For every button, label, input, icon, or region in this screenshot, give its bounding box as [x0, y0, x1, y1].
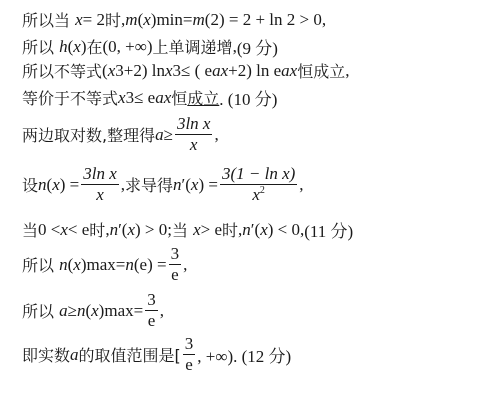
text: ′(	[251, 220, 260, 240]
var: n	[110, 220, 119, 240]
denominator: x	[190, 135, 198, 155]
text: 恒成立	[297, 59, 345, 82]
var: x	[260, 220, 268, 240]
text: (2) = 2 + ln 2 > 0	[205, 10, 322, 30]
var: h	[59, 37, 68, 57]
text: 成立	[187, 86, 219, 109]
text: 不等式	[54, 59, 102, 82]
text: 所以	[22, 59, 54, 82]
line-10: 即实数 a 的取值范围是[ 3e, +∞). (12 分)	[22, 334, 291, 375]
text: = 2	[83, 10, 105, 30]
text: ) > 0;	[135, 220, 172, 240]
line-7: 当 0 < x < e 时,n′(x) > 0;当 x > e 时,n′(x) …	[22, 217, 353, 242]
var: x	[52, 175, 60, 195]
fraction: 3ln xx	[175, 114, 213, 155]
text: 即实数	[22, 343, 70, 366]
text: 等价于不等式	[22, 86, 118, 109]
numerator: 3	[169, 244, 182, 265]
text: 两边取对数,整理得	[22, 123, 155, 146]
text: 上单调递增	[153, 35, 233, 58]
text: =	[116, 255, 126, 275]
text: ≥	[68, 301, 77, 321]
text: 的取值范围是[	[79, 343, 181, 366]
var: x	[118, 88, 126, 108]
numerator: 3	[145, 290, 158, 311]
denominator: x	[96, 185, 104, 205]
text: 所以	[22, 8, 54, 31]
score: . (10 分)	[219, 85, 277, 110]
numerator: 3ln x	[81, 164, 119, 185]
text: 所以	[22, 35, 54, 58]
var: x	[73, 255, 81, 275]
text: ≥	[164, 125, 173, 145]
text: ) < 0	[268, 220, 300, 240]
text: 在	[87, 35, 103, 58]
var: n	[242, 220, 251, 240]
text: 当	[172, 218, 188, 241]
var: x	[60, 220, 68, 240]
line-6: 设 n(x) = 3ln xx,求导得 n′(x) = 3(1 − ln x)x…	[22, 164, 304, 205]
text: ,	[183, 255, 187, 275]
text: ≤ e	[134, 88, 155, 108]
fraction: 3ln xx	[81, 164, 119, 205]
var: x	[91, 301, 99, 321]
text: 所以	[22, 253, 54, 276]
line-5: 两边取对数,整理得 a ≥ 3ln xx,	[22, 114, 219, 155]
superscript: 2	[260, 185, 265, 196]
var: a	[59, 301, 68, 321]
var: m	[125, 10, 137, 30]
numerator: 3ln x	[175, 114, 213, 135]
text: > e	[201, 220, 222, 240]
var: x	[191, 175, 199, 195]
text: ,	[160, 301, 164, 321]
text: 求导得	[125, 173, 173, 196]
denominator: x2	[252, 185, 265, 205]
text: < e	[68, 220, 89, 240]
text: 当	[22, 218, 38, 241]
var: x	[73, 37, 81, 57]
text: )	[81, 255, 87, 275]
text: 所以	[22, 299, 54, 322]
text: 恒	[171, 86, 187, 109]
text: +2) ln e	[228, 61, 281, 81]
var: n	[59, 255, 68, 275]
var: n	[77, 301, 86, 321]
text: 时	[105, 8, 121, 31]
numerator: 3	[183, 334, 196, 355]
var: a	[155, 125, 164, 145]
text: =	[183, 10, 193, 30]
text: 当	[54, 8, 70, 31]
fraction: 3e	[145, 290, 158, 331]
fraction: 3e	[169, 244, 182, 285]
line-2: 所以 h(x)在(0, +∞)上单调递增,(9 分)	[22, 34, 278, 59]
var: n	[38, 175, 47, 195]
denominator: e	[148, 311, 156, 331]
text: 设	[22, 173, 38, 196]
score: (11 分)	[304, 217, 353, 242]
text: , +∞). (12 分)	[197, 342, 291, 367]
line-1: 所以当 x = 2 时,m (x)min = m(2) = 2 + ln 2 >…	[22, 8, 326, 31]
text: ) =	[60, 175, 80, 195]
text: +2) ln	[124, 61, 165, 81]
text: 时	[222, 218, 238, 241]
text: ≤ ( e	[181, 61, 212, 81]
text: ,	[299, 175, 303, 195]
numerator: 3(1 − ln x)	[220, 164, 297, 185]
var: x	[75, 10, 83, 30]
denominator: e	[171, 265, 179, 285]
text: =	[134, 301, 144, 321]
var: n	[125, 255, 134, 275]
text: ,	[322, 10, 326, 30]
var: x	[165, 61, 173, 81]
denominator: e	[185, 355, 193, 375]
text: ) =	[198, 175, 218, 195]
text: ′(	[182, 175, 191, 195]
fraction: 3e	[183, 334, 196, 375]
line-3: 所以不等式(x3 +2) ln x3 ≤ ( eax +2) ln eax恒成立…	[22, 59, 349, 82]
var: a	[70, 345, 79, 365]
text: ,	[345, 61, 349, 81]
var: x	[143, 10, 151, 30]
line-9: 所以 a ≥ n(x)max = 3e,	[22, 290, 164, 331]
var: x	[127, 220, 135, 240]
line-4: 等价于不等式 x3 ≤ eax恒成立. (10 分)	[22, 85, 277, 110]
fraction: 3(1 − ln x)x2	[220, 164, 297, 205]
var: x	[108, 61, 116, 81]
text: (e) =	[134, 255, 167, 275]
var: x	[252, 185, 260, 204]
line-8: 所以 n(x)max = n(e) = 3e,	[22, 244, 187, 285]
var: x	[193, 220, 201, 240]
text: ,	[214, 125, 218, 145]
var: n	[173, 175, 182, 195]
text: 0 <	[38, 220, 60, 240]
var: m	[193, 10, 205, 30]
text: (0, +∞)	[103, 37, 153, 57]
text: 时	[89, 218, 105, 241]
score: (9 分)	[237, 34, 278, 59]
